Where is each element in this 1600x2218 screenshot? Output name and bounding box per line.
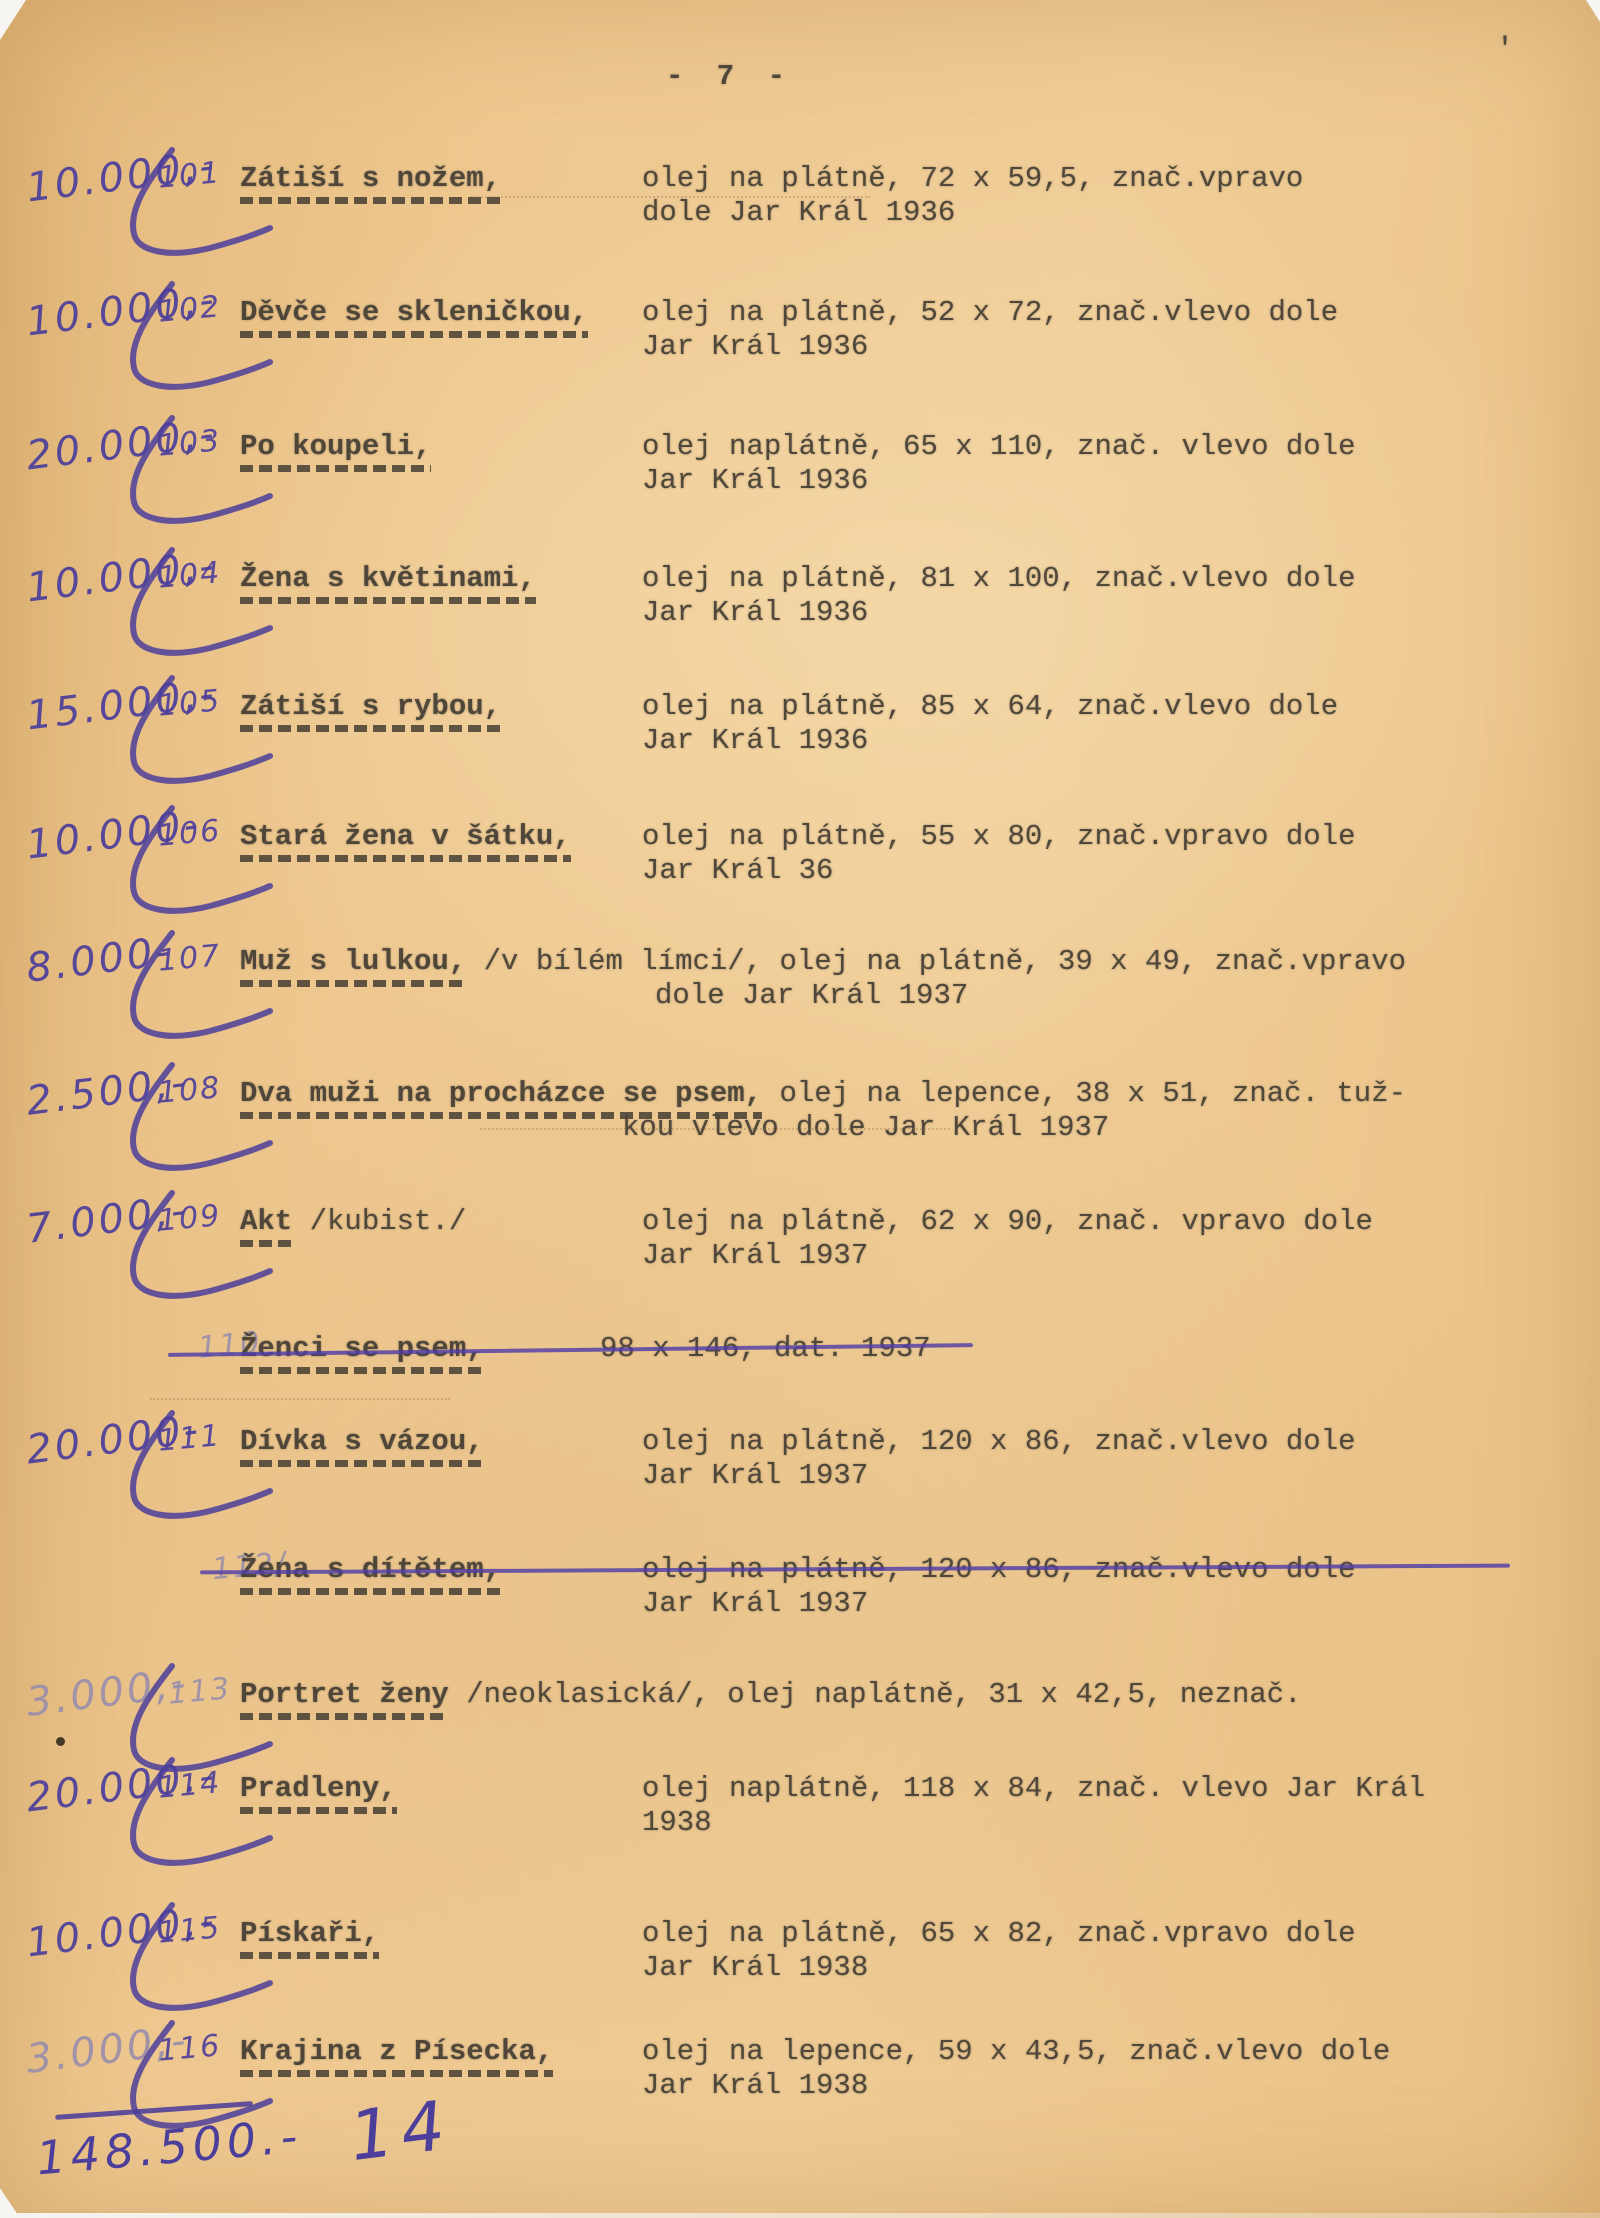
entry-number: 111 [157,1418,223,1458]
entry-title: Pradleny, [240,1772,397,1814]
entry-number: 101 [157,155,223,195]
entry-number: 115 [157,1910,223,1950]
faded-erasure-line [470,196,870,198]
entry-number: 105 [157,683,223,723]
entry-title-line: Děvče se skleničkou, [240,296,588,338]
entry-description-line2: Jar Král 1936 [642,464,868,497]
page-number: - 7 - [666,60,793,93]
entry-description-line2: Jar Král 1937 [642,1239,868,1272]
entry-title-line: Pískaři, [240,1917,379,1959]
entry-description-line1: olej na plátně, 72 x 59,5, znač.vpravo [642,162,1303,195]
faded-erasure-line [480,1128,950,1130]
entry-number: 104 [157,555,223,595]
entry-description-line1: olej naplátně, 65 x 110, znač. vlevo dol… [642,430,1356,463]
entry-description-line1: olej na plátně, 52 x 72, znač.vlevo dole [642,296,1338,329]
entry-title-suffix: /neoklasická/, olej naplátně, 31 x 42,5,… [449,1678,1302,1711]
entry-description-line2: Jar Král 36 [642,854,833,887]
scan-corner-top-right [1586,0,1600,22]
total-count: 14 [346,2086,457,2177]
entry-description-line2: Jar Král 1938 [642,1951,868,1984]
entry-title-line: Stará žena v šátku, [240,820,571,862]
entry-description-line1: olej na plátně, 62 x 90, znač. vpravo do… [642,1205,1373,1238]
entry-title: Děvče se skleničkou, [240,296,588,338]
entry-title-line: Pradleny, [240,1772,397,1814]
entry-title-line: Portret ženy /neoklasická/, olej naplátn… [240,1678,1302,1720]
total-amount: 148.500.- [34,2108,304,2185]
entry-title-line: Krajina z Písecka, [240,2035,553,2077]
entry-title-line: Akt /kubist./ [240,1205,466,1247]
entry-title: Akt [240,1205,292,1247]
entry-title-line: Dívka s vázou, [240,1425,484,1467]
entry-description-line1: olej na plátně, 81 x 100, znač.vlevo dol… [642,562,1356,595]
entry-title-suffix: /v bílém límci/, olej na plátně, 39 x 49… [466,945,1406,978]
entry-description-line2: Jar Král 1937 [642,1587,868,1620]
document-page: - 7 - ' 10.000,- 101 Zátiší s nožem, ole… [0,0,1600,2218]
entry-title: Pískaři, [240,1917,379,1959]
entry-title: Žena s květinami, [240,562,536,604]
entry-description-line1: olej na lepence, 59 x 43,5, znač.vlevo d… [642,2035,1390,2068]
entry-title: Po koupeli, [240,430,431,472]
entry-title: Muž s lulkou, [240,945,466,987]
scan-corner-top-left [0,0,26,40]
entry-description-line2: Jar Král 1936 [642,330,868,363]
faded-erasure-line [150,1398,450,1400]
entry-number: 106 [157,813,223,853]
entry-number: 108 [157,1070,223,1110]
entry-title-line: Zátiší s nožem, [240,162,501,204]
entry-description-line1: olej naplátně, 118 x 84, znač. vlevo Jar… [642,1772,1425,1805]
entry-description-line2: Jar Král 1936 [642,596,868,629]
entry-number: 102 [157,289,223,329]
entry-description-line1: olej na plátně, 55 x 80, znač.vpravo dol… [642,820,1356,853]
scan-edge-bottom [0,2213,1600,2218]
entry-title-suffix: /kubist./ [292,1205,466,1238]
entry-number: 109 [157,1198,223,1238]
entry-title-line: Žena s květinami, [240,562,536,604]
entry-title: Portret ženy [240,1678,449,1720]
entry-number: 113 [167,1671,233,1711]
entry-title: Zátiší s rybou, [240,690,501,732]
entry-number: 116 [157,2028,223,2068]
entry-title-line: Po koupeli, [240,430,431,472]
entry-description-line1: olej na plátně, 65 x 82, znač.vpravo dol… [642,1917,1356,1950]
entry-title: Dívka s vázou, [240,1425,484,1467]
entry-description-line1: olej na plátně, 85 x 64, znač.vlevo dole [642,690,1338,723]
entry-description-line2: dole Jar Král 1937 [655,979,968,1012]
entry-title: Stará žena v šátku, [240,820,571,862]
entry-title: Zátiší s nožem, [240,162,501,204]
entry-description-line2: Jar Král 1936 [642,724,868,757]
entry-description-line2: Jar Král 1937 [642,1459,868,1492]
entry-title: Krajina z Písecka, [240,2035,553,2077]
entry-number: 114 [157,1765,223,1805]
entry-number: 107 [157,938,223,978]
entry-description-line2: dole Jar Král 1936 [642,196,955,229]
entry-description-line2: 1938 [642,1806,712,1839]
entry-title-line: Zátiší s rybou, [240,690,501,732]
entry-description-line1: olej na plátně, 120 x 86, znač.vlevo dol… [642,1425,1356,1458]
paper-speck [56,1737,65,1746]
entry-number: 103 [157,423,223,463]
entry-description-line2: Jar Král 1938 [642,2069,868,2102]
corner-mark: ' [1496,34,1514,67]
entry-title-suffix: olej na lepence, 38 x 51, znač. tuž- [762,1077,1406,1110]
